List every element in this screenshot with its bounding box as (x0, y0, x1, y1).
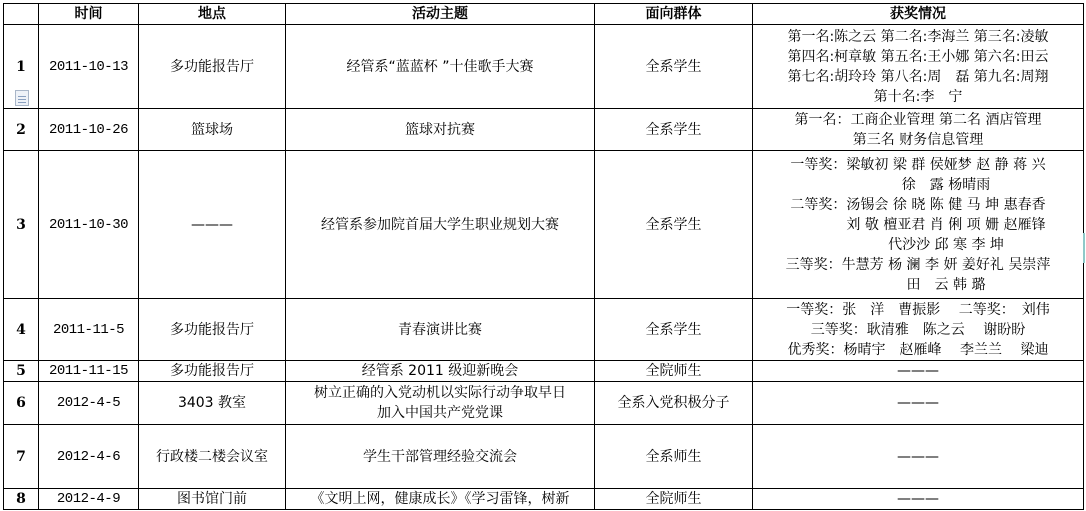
header-awards: 获奖情况 (753, 4, 1084, 25)
table-row: 22011-10-26篮球场篮球对抗赛全系学生第一名：工商企业管理 第二名 酒店… (4, 109, 1084, 151)
award-line: 第七名:胡玲玲 第八名:周 磊 第九名:周翔 (755, 67, 1081, 87)
cell-place: 多功能报告厅 (139, 299, 286, 361)
award-line: ——— (755, 361, 1081, 381)
document-icon[interactable] (15, 90, 29, 106)
cell-theme: 经管系 2011 级迎新晚会 (286, 361, 595, 382)
award-line: 田 云 韩 璐 (755, 275, 1081, 295)
cell-place: 篮球场 (139, 109, 286, 151)
cell-audience: 全系入党积极分子 (595, 382, 753, 425)
cell-awards: ——— (753, 382, 1084, 425)
award-line: 第四名:柯章敏 第五名:王小娜 第六名:田云 (755, 47, 1081, 67)
row-number-text: 1 (16, 59, 26, 75)
award-line: 第一名:陈之云 第二名:李海兰 第三名:凌敏 (755, 27, 1081, 47)
header-no (4, 4, 39, 25)
cell-awards: 一等奖：梁敏初 梁 群 侯娅梦 赵 静 蒋 兴 徐 露 杨晴雨二等奖：汤锡会 徐… (753, 151, 1084, 299)
scroll-edge-marker (1083, 233, 1085, 263)
header-row: 时间 地点 活动主题 面向群体 获奖情况 (4, 4, 1084, 25)
award-line: 二等奖：汤锡会 徐 晓 陈 健 马 坤 惠春香 (755, 195, 1081, 215)
award-line: 三等奖：牛慧芳 杨 澜 李 妍 姜好礼 吴崇萍 (755, 255, 1081, 275)
table-row: 72012-4-6行政楼二楼会议室学生干部管理经验交流会全系师生——— (4, 425, 1084, 489)
cell-audience: 全院师生 (595, 489, 753, 510)
cell-place: ——— (139, 151, 286, 299)
award-line: 三等奖：耿清雅 陈之云 谢盼盼 (755, 320, 1081, 340)
cell-theme: 学生干部管理经验交流会 (286, 425, 595, 489)
row-number: 3 (4, 151, 39, 299)
cell-place: 图书馆门前 (139, 489, 286, 510)
table-row: 32011-10-30———经管系参加院首届大学生职业规划大赛全系学生一等奖：梁… (4, 151, 1084, 299)
cell-date: 2012-4-6 (39, 425, 139, 489)
award-line: 代沙沙 邱 寒 李 坤 (755, 235, 1081, 255)
cell-awards: 第一名：工商企业管理 第二名 酒店管理第三名 财务信息管理 (753, 109, 1084, 151)
cell-date: 2011-10-13 (39, 25, 139, 109)
table-row: 62012-4-53403 教室树立正确的入党动机以实际行动争取早日加入中国共产… (4, 382, 1084, 425)
row-number: 7 (4, 425, 39, 489)
row-number-text: 3 (16, 217, 26, 233)
row-number-text: 5 (16, 363, 26, 379)
cell-theme: 经管系参加院首届大学生职业规划大赛 (286, 151, 595, 299)
cell-date: 2011-11-5 (39, 299, 139, 361)
cell-audience: 全系学生 (595, 25, 753, 109)
cell-awards: ——— (753, 489, 1084, 510)
cell-place: 多功能报告厅 (139, 25, 286, 109)
award-line: ——— (755, 489, 1081, 509)
award-line: 优秀奖：杨晴宇 赵雁峰 李兰兰 梁迪 (755, 340, 1081, 360)
table-row: 12011-10-13多功能报告厅经管系“蓝蓝杯 ”十佳歌手大赛全系学生第一名:… (4, 25, 1084, 109)
cell-date: 2011-11-15 (39, 361, 139, 382)
cell-awards: 第一名:陈之云 第二名:李海兰 第三名:凌敏第四名:柯章敏 第五名:王小娜 第六… (753, 25, 1084, 109)
cell-audience: 全院师生 (595, 361, 753, 382)
cell-place: 3403 教室 (139, 382, 286, 425)
cell-date: 2012-4-9 (39, 489, 139, 510)
activity-table: 时间 地点 活动主题 面向群体 获奖情况 12011-10-13多功能报告厅经管… (3, 3, 1084, 510)
row-number: 1 (4, 25, 39, 109)
award-line: 一等奖：张 洋 曹振影 二等奖： 刘伟 (755, 300, 1081, 320)
cell-audience: 全系学生 (595, 109, 753, 151)
row-number: 6 (4, 382, 39, 425)
cell-date: 2011-10-26 (39, 109, 139, 151)
cell-theme: 经管系“蓝蓝杯 ”十佳歌手大赛 (286, 25, 595, 109)
award-line: 刘 敬 檀亚君 肖 俐 项 姗 赵雁锋 (755, 215, 1081, 235)
row-number: 4 (4, 299, 39, 361)
award-line: ——— (755, 447, 1081, 467)
theme-line: 树立正确的入党动机以实际行动争取早日 (288, 383, 592, 403)
header-theme: 活动主题 (286, 4, 595, 25)
row-number: 5 (4, 361, 39, 382)
award-line: 第一名：工商企业管理 第二名 酒店管理 (755, 110, 1081, 130)
table-row: 42011-11-5多功能报告厅青春演讲比赛全系学生一等奖：张 洋 曹振影 二等… (4, 299, 1084, 361)
table-row: 82012-4-9图书馆门前《文明上网，健康成长》《学习雷锋，树新全院师生——— (4, 489, 1084, 510)
header-time: 时间 (39, 4, 139, 25)
cell-theme: 树立正确的入党动机以实际行动争取早日加入中国共产党党课 (286, 382, 595, 425)
theme-line: 加入中国共产党党课 (288, 403, 592, 423)
award-line: ——— (755, 393, 1081, 413)
cell-theme: 青春演讲比赛 (286, 299, 595, 361)
cell-place: 行政楼二楼会议室 (139, 425, 286, 489)
cell-theme: 篮球对抗赛 (286, 109, 595, 151)
award-line: 徐 露 杨晴雨 (755, 175, 1081, 195)
row-number-text: 2 (16, 122, 26, 138)
cell-audience: 全系师生 (595, 425, 753, 489)
cell-theme: 《文明上网，健康成长》《学习雷锋，树新 (286, 489, 595, 510)
award-line: 第三名 财务信息管理 (755, 130, 1081, 150)
header-audience: 面向群体 (595, 4, 753, 25)
cell-awards: 一等奖：张 洋 曹振影 二等奖： 刘伟三等奖：耿清雅 陈之云 谢盼盼优秀奖：杨晴… (753, 299, 1084, 361)
row-number-text: 4 (16, 322, 26, 338)
row-number-text: 8 (16, 491, 26, 507)
cell-date: 2012-4-5 (39, 382, 139, 425)
row-number: 2 (4, 109, 39, 151)
cell-date: 2011-10-30 (39, 151, 139, 299)
row-number-text: 7 (16, 449, 26, 465)
award-line: 一等奖：梁敏初 梁 群 侯娅梦 赵 静 蒋 兴 (755, 155, 1081, 175)
row-number-text: 6 (16, 395, 26, 411)
header-place: 地点 (139, 4, 286, 25)
award-line: 第十名:李 宁 (755, 87, 1081, 107)
cell-audience: 全系学生 (595, 151, 753, 299)
cell-audience: 全系学生 (595, 299, 753, 361)
table-row: 52011-11-15多功能报告厅经管系 2011 级迎新晚会全院师生——— (4, 361, 1084, 382)
cell-awards: ——— (753, 425, 1084, 489)
cell-awards: ——— (753, 361, 1084, 382)
cell-place: 多功能报告厅 (139, 361, 286, 382)
row-number: 8 (4, 489, 39, 510)
